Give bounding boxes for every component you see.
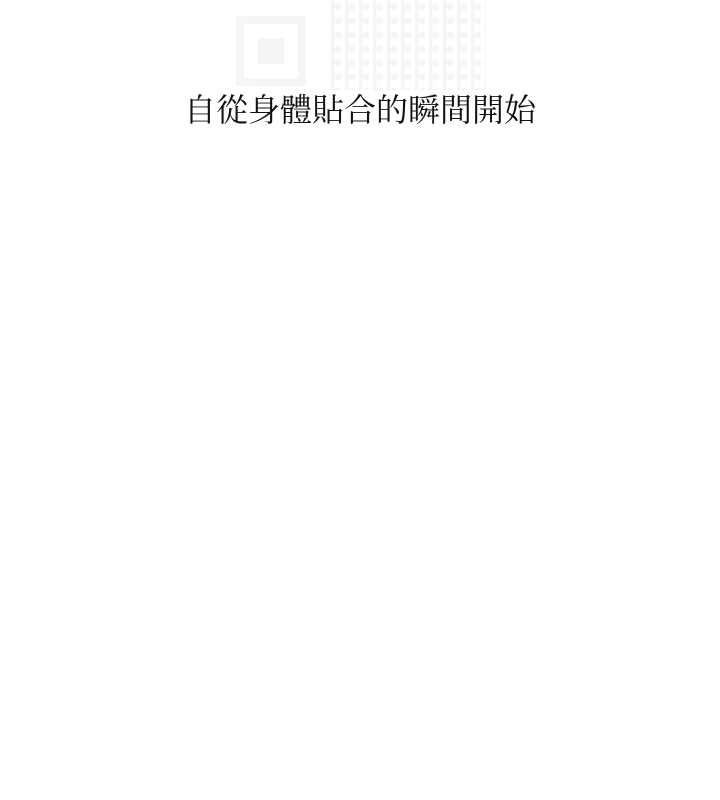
caption-text: 自從身體貼合的瞬間開始 [0,88,720,132]
qr-data-modules [331,0,486,90]
comic-panel: 自從身體貼合的瞬間開始 [0,0,720,800]
qr-finder-pattern [236,16,306,86]
qr-code-watermark-icon [236,0,486,90]
